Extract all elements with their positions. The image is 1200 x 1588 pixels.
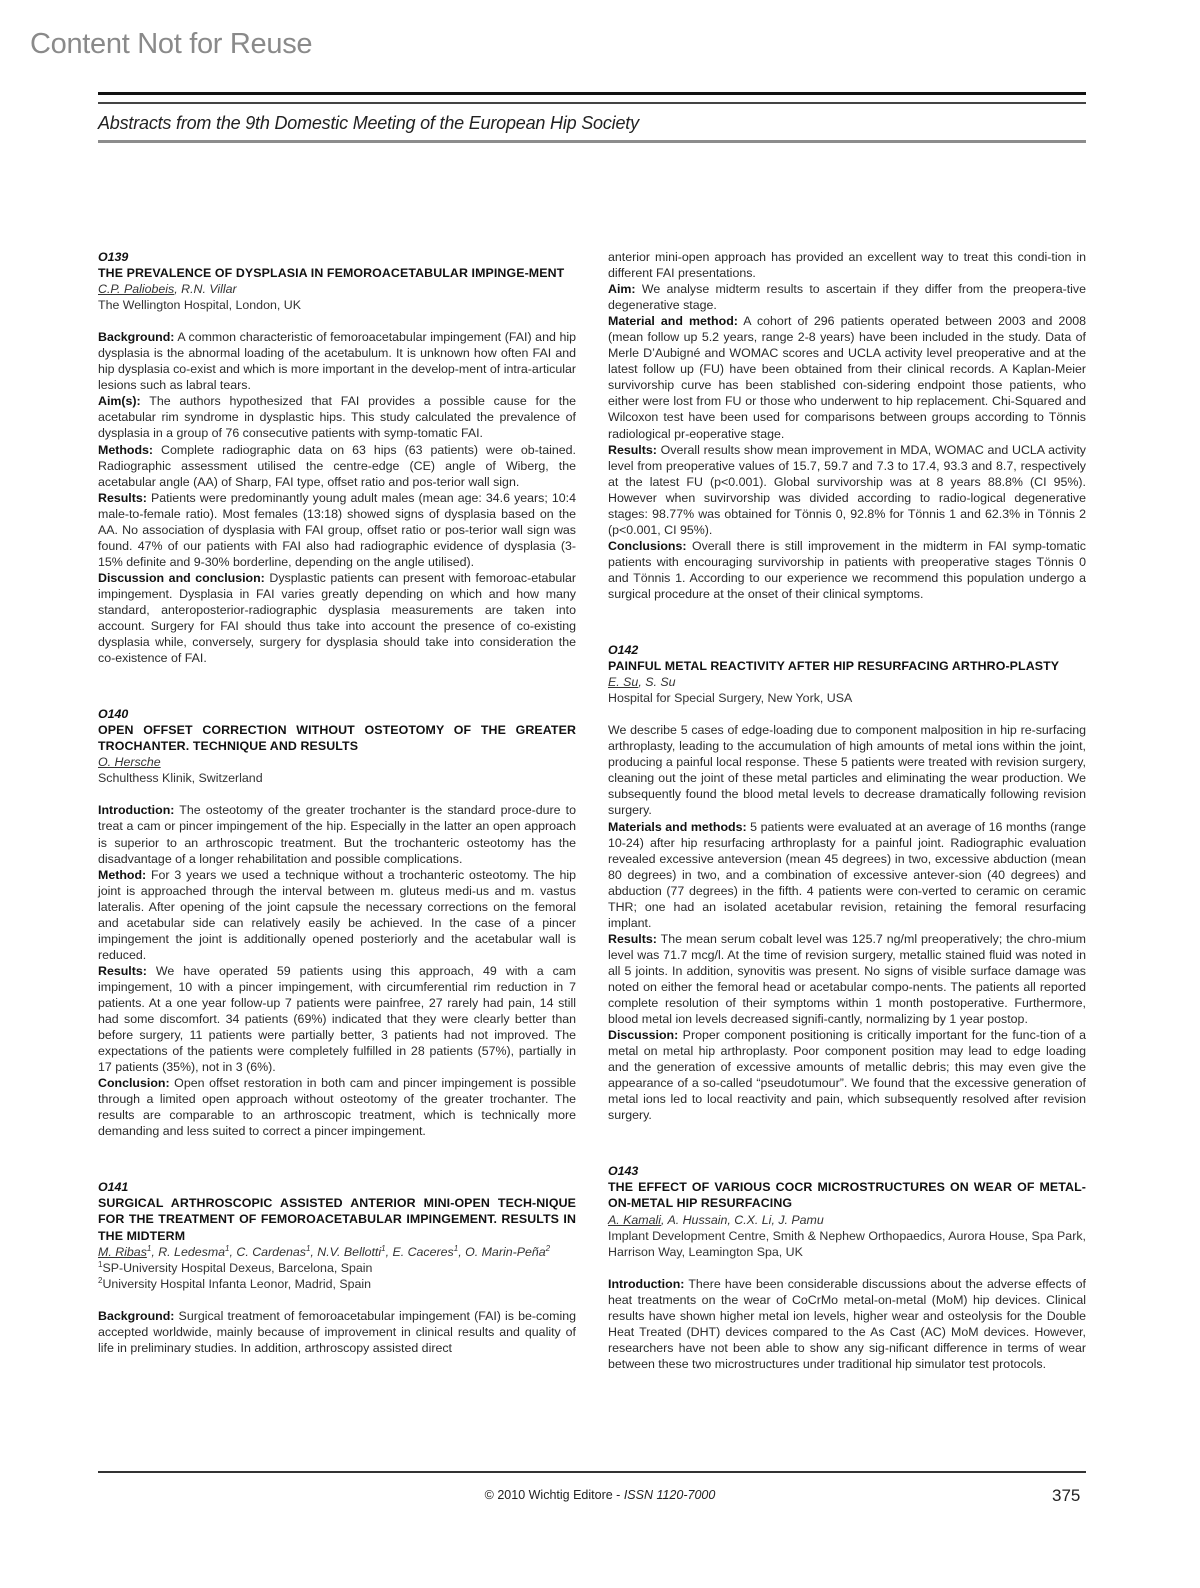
section-discussion: Discussion: Proper component positioning… xyxy=(608,1027,1086,1123)
abstract-o140: O140 OPEN OFFSET CORRECTION WITHOUT OSTE… xyxy=(98,706,576,1139)
section-introduction: Introduction: The osteotomy of the great… xyxy=(98,802,576,866)
header-rule-thin xyxy=(98,102,1086,104)
presenting-author: E. Su xyxy=(608,675,638,689)
footer: © 2010 Wichtig Editore - ISSN 1120-7000 xyxy=(0,1488,1200,1502)
section-aims: Aim(s): The authors hypothesized that FA… xyxy=(98,393,576,441)
section-results: Results: The mean serum cobalt level was… xyxy=(608,931,1086,1027)
section-intro: We describe 5 cases of edge-loading due … xyxy=(608,722,1086,818)
section-results: Results: Patients were predominantly you… xyxy=(98,490,576,570)
section-conclusion: Conclusion: Open offset restoration in b… xyxy=(98,1075,576,1139)
abstract-o141-continued: anterior mini-open approach has provided… xyxy=(608,249,1086,602)
section-methods: Methods: Complete radiographic data on 6… xyxy=(98,442,576,490)
left-column: O139 THE PREVALENCE OF DYSPLASIA IN FEMO… xyxy=(98,249,576,1356)
abstract-authors: O. Hersche xyxy=(98,754,576,770)
section-results: Results: We have operated 59 patients us… xyxy=(98,963,576,1075)
section-method: Method: For 3 years we used a technique … xyxy=(98,867,576,963)
coauthors: , A. Hussain, C.X. Li, J. Pamu xyxy=(661,1213,824,1227)
header-rule-bottom xyxy=(98,140,1086,143)
abstract-title: PAINFUL METAL REACTIVITY AFTER HIP RESUR… xyxy=(608,658,1086,674)
section-discussion: Discussion and conclusion: Dysplastic pa… xyxy=(98,570,576,666)
abstract-authors: A. Kamali, A. Hussain, C.X. Li, J. Pamu xyxy=(608,1212,1086,1228)
presenting-author: O. Hersche xyxy=(98,755,161,769)
abstract-affiliation-1: 1SP-University Hospital Dexeus, Barcelon… xyxy=(98,1260,576,1276)
abstract-authors: M. Ribas1, R. Ledesma1, C. Cardenas1, N.… xyxy=(98,1244,576,1260)
coauthors: , S. Su xyxy=(638,675,675,689)
abstract-authors: E. Su, S. Su xyxy=(608,674,1086,690)
abstract-affiliation: Implant Development Centre, Smith & Neph… xyxy=(608,1228,1086,1260)
page-number: 375 xyxy=(1052,1486,1080,1506)
coauthors: , R.N. Villar xyxy=(174,282,236,296)
copyright: © 2010 Wichtig Editore - xyxy=(485,1488,624,1502)
abstract-title: THE PREVALENCE OF DYSPLASIA IN FEMOROACE… xyxy=(98,265,576,281)
continued-background: anterior mini-open approach has provided… xyxy=(608,249,1086,281)
abstract-o143: O143 THE EFFECT OF VARIOUS COCR MICROSTR… xyxy=(608,1163,1086,1372)
abstract-id: O142 xyxy=(608,642,1086,658)
abstract-title: THE EFFECT OF VARIOUS COCR MICROSTRUCTUR… xyxy=(608,1179,1086,1211)
abstract-id: O139 xyxy=(98,249,576,265)
abstract-id: O141 xyxy=(98,1179,576,1195)
section-background: Background: A common characteristic of f… xyxy=(98,329,576,393)
right-column: anterior mini-open approach has provided… xyxy=(608,249,1086,1372)
abstract-o142: O142 PAINFUL METAL REACTIVITY AFTER HIP … xyxy=(608,642,1086,1123)
section-aim: Aim: We analyse midterm results to ascer… xyxy=(608,281,1086,313)
abstract-id: O143 xyxy=(608,1163,1086,1179)
issn: ISSN 1120-7000 xyxy=(624,1488,716,1502)
abstract-affiliation-2: 2University Hospital Infanta Leonor, Mad… xyxy=(98,1276,576,1292)
footer-rule xyxy=(98,1471,1086,1473)
presenting-author: A. Kamali xyxy=(608,1213,661,1227)
presenting-author: M. Ribas xyxy=(98,1245,147,1259)
section-results: Results: Overall results show mean impro… xyxy=(608,442,1086,538)
watermark: Content Not for Reuse xyxy=(30,28,312,61)
abstract-id: O140 xyxy=(98,706,576,722)
running-head: Abstracts from the 9th Domestic Meeting … xyxy=(98,113,639,134)
section-materials-methods: Materials and methods: 5 patients were e… xyxy=(608,819,1086,931)
abstract-title: OPEN OFFSET CORRECTION WITHOUT OSTEOTOMY… xyxy=(98,722,576,754)
abstract-affiliation: Schulthess Klinik, Switzerland xyxy=(98,770,576,786)
header-rule-thick xyxy=(98,92,1086,95)
abstract-affiliation: The Wellington Hospital, London, UK xyxy=(98,297,576,313)
presenting-author: C.P. Paliobeis xyxy=(98,282,174,296)
abstract-o139: O139 THE PREVALENCE OF DYSPLASIA IN FEMO… xyxy=(98,249,576,666)
abstract-o141: O141 SURGICAL ARTHROSCOPIC ASSISTED ANTE… xyxy=(98,1179,576,1355)
section-conclusions: Conclusions: Overall there is still impr… xyxy=(608,538,1086,602)
section-background: Background: Surgical treatment of femoro… xyxy=(98,1308,576,1356)
section-material-method: Material and method: A cohort of 296 pat… xyxy=(608,313,1086,441)
abstract-title: SURGICAL ARTHROSCOPIC ASSISTED ANTERIOR … xyxy=(98,1195,576,1243)
section-introduction: Introduction: There have been considerab… xyxy=(608,1276,1086,1372)
abstract-authors: C.P. Paliobeis, R.N. Villar xyxy=(98,281,576,297)
abstract-affiliation: Hospital for Special Surgery, New York, … xyxy=(608,690,1086,706)
